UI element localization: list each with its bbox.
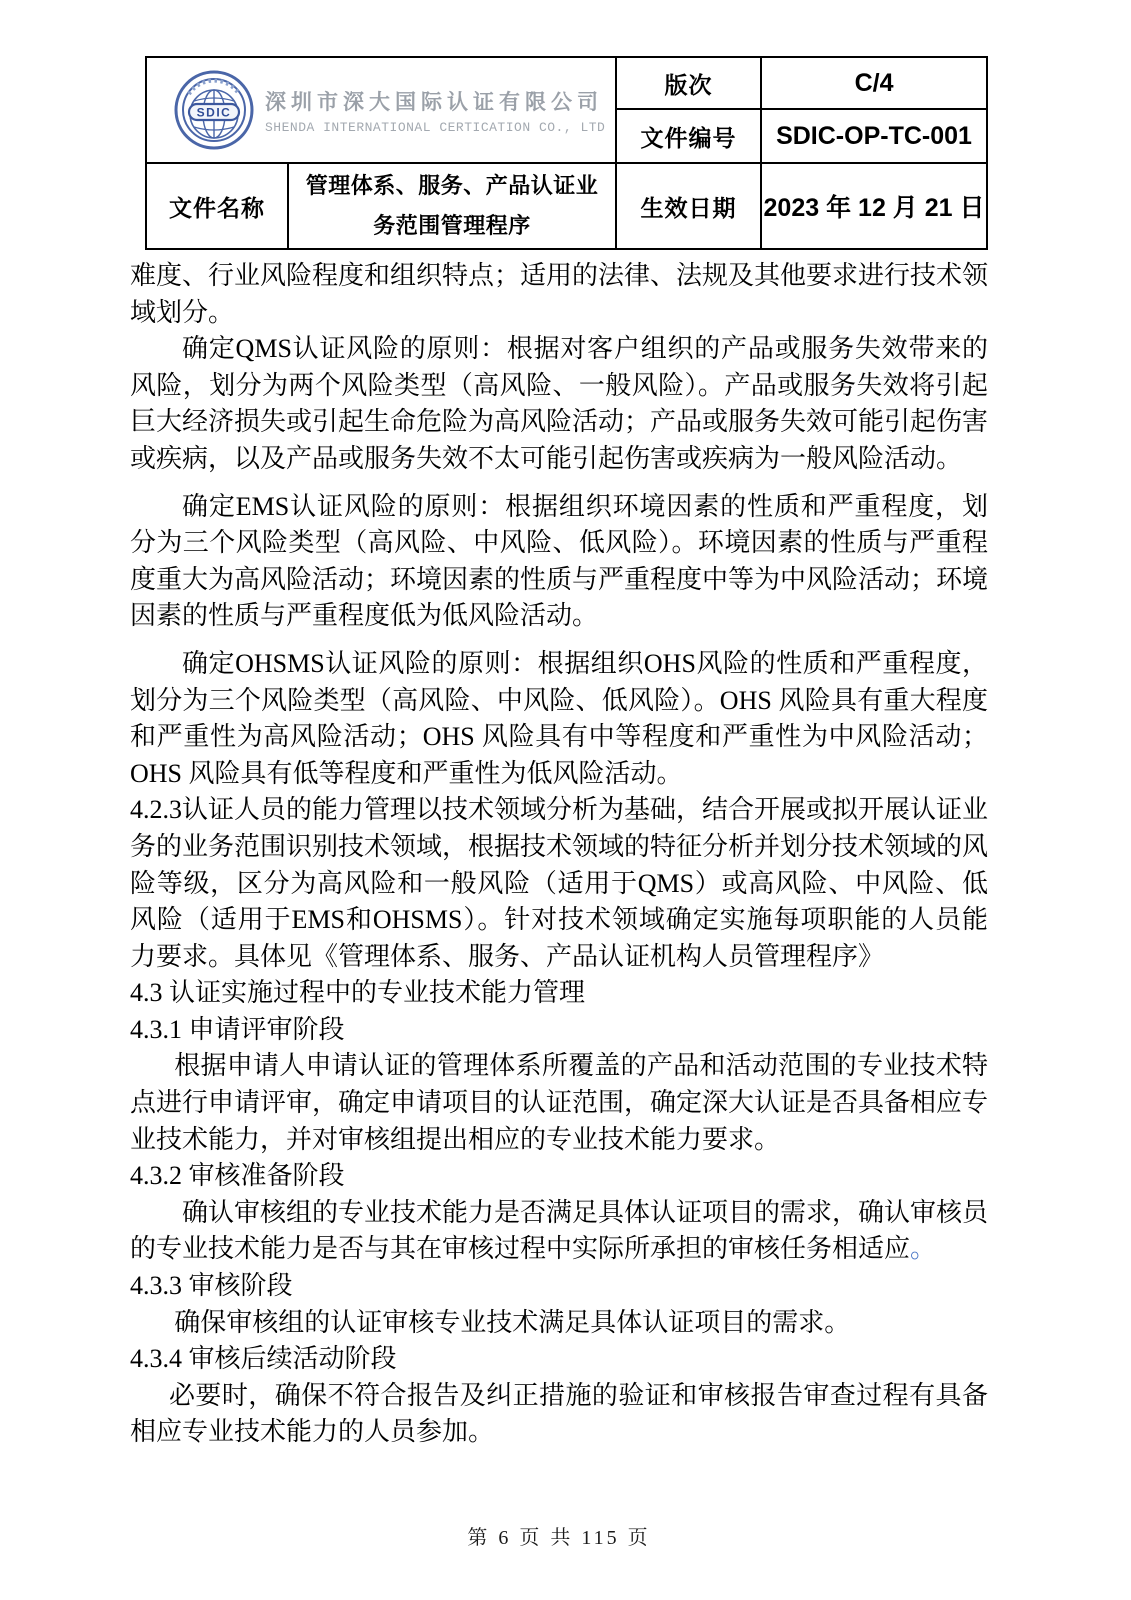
effective-date-label: 生效日期 [616, 163, 761, 249]
paragraph-text: 必要时，确保不符合报告及纠正措施的验证和审核报告审查过程有具备相应专业技术能力的… [130, 1381, 988, 1447]
document-page: SDIC 深圳市深大国际认证有限公司 SHENDA INTERNATIONAL … [0, 0, 1131, 1600]
paragraph-text: 4.3.1 申请评审阶段 [130, 1015, 345, 1044]
paragraph-text: 4.3.4 审核后续活动阶段 [130, 1344, 397, 1373]
para-4-3-2: 确认审核组的专业技术能力是否满足具体认证项目的需求，确认审核员的专业技术能力是否… [130, 1195, 988, 1268]
para-continuation: 难度、行业风险程度和组织特点；适用的法律、法规及其他要求进行技术领域划分。 [130, 258, 988, 331]
doc-name-value: 管理体系、服务、产品认证业务范围管理程序 [288, 163, 616, 249]
paragraph-text: 确认审核组的专业技术能力是否满足具体认证项目的需求，确认审核员的专业技术能力是否… [130, 1198, 988, 1264]
para-4-3-4: 必要时，确保不符合报告及纠正措施的验证和审核报告审查过程有具备相应专业技术能力的… [130, 1378, 988, 1451]
header-table: SDIC 深圳市深大国际认证有限公司 SHENDA INTERNATIONAL … [145, 56, 988, 250]
paragraph-text: 确定QMS认证风险的原则：根据对客户组织的产品或服务失效带来的风险，划分为两个风… [130, 334, 988, 473]
effective-date-value: 2023 年 12 月 21 日 [761, 163, 987, 249]
paragraph-text: 4.3 认证实施过程中的专业技术能力管理 [130, 978, 585, 1007]
svg-text:SDIC: SDIC [197, 106, 232, 120]
version-value: C/4 [761, 57, 987, 109]
document-body: 难度、行业风险程度和组织特点；适用的法律、法规及其他要求进行技术领域划分。确定Q… [130, 258, 988, 1451]
para-4-3-1: 根据申请人申请认证的管理体系所覆盖的产品和活动范围的专业技术特点进行申请评审，确… [130, 1048, 988, 1158]
para-ohsms-risk: 确定OHSMS认证风险的原则：根据组织OHS风险的性质和严重程度，划分为三个风险… [130, 646, 988, 792]
paragraph-text: 难度、行业风险程度和组织特点；适用的法律、法规及其他要求进行技术领域划分。 [130, 261, 988, 327]
para-qms-risk: 确定QMS认证风险的原则：根据对客户组织的产品或服务失效带来的风险，划分为两个风… [130, 331, 988, 477]
blue-period-mark: 。 [910, 1234, 936, 1263]
para-4-3-3: 确保审核组的认证审核专业技术满足具体认证项目的需求。 [130, 1305, 988, 1342]
company-header-cell: SDIC 深圳市深大国际认证有限公司 SHENDA INTERNATIONAL … [146, 57, 616, 163]
company-names: 深圳市深大国际认证有限公司 SHENDA INTERNATIONAL CERTI… [265, 86, 605, 135]
paragraph-text: 4.3.2 审核准备阶段 [130, 1161, 345, 1190]
page-number: 第 6 页 共 115 页 [467, 1527, 650, 1549]
paragraph-text: 确保审核组的认证审核专业技术满足具体认证项目的需求。 [174, 1308, 850, 1337]
company-name-en: SHENDA INTERNATIONAL CERTICATION CO., LT… [265, 120, 605, 135]
doc-number-label: 文件编号 [616, 109, 761, 163]
page-footer: 第 6 页 共 115 页 [130, 1521, 988, 1550]
doc-number-value: SDIC-OP-TC-001 [761, 109, 987, 163]
heading-4-3: 4.3 认证实施过程中的专业技术能力管理 [130, 975, 988, 1012]
heading-4-3-3: 4.3.3 审核阶段 [130, 1268, 988, 1305]
version-label: 版次 [616, 57, 761, 109]
paragraph-text: 4.3.3 审核阶段 [130, 1271, 293, 1300]
paragraph-text: 4.2.3认证人员的能力管理以技术领域分析为基础，结合开展或拟开展认证业务的业务… [130, 795, 988, 970]
company-name-cn: 深圳市深大国际认证有限公司 [265, 86, 605, 116]
para-4-2-3: 4.2.3认证人员的能力管理以技术领域分析为基础，结合开展或拟开展认证业务的业务… [130, 792, 988, 975]
paragraph-text: 确定OHSMS认证风险的原则：根据组织OHS风险的性质和严重程度，划分为三个风险… [130, 649, 988, 788]
paragraph-text: 确定EMS认证风险的原则：根据组织环境因素的性质和严重程度，划分为三个风险类型（… [130, 492, 988, 631]
heading-4-3-4: 4.3.4 审核后续活动阶段 [130, 1341, 988, 1378]
company-identity: SDIC 深圳市深大国际认证有限公司 SHENDA INTERNATIONAL … [155, 68, 607, 152]
heading-4-3-1: 4.3.1 申请评审阶段 [130, 1012, 988, 1049]
paragraph-text: 根据申请人申请认证的管理体系所覆盖的产品和活动范围的专业技术特点进行申请评审，确… [130, 1051, 988, 1153]
company-globe-logo-icon: SDIC [173, 68, 255, 152]
heading-4-3-2: 4.3.2 审核准备阶段 [130, 1158, 988, 1195]
para-ems-risk: 确定EMS认证风险的原则：根据组织环境因素的性质和严重程度，划分为三个风险类型（… [130, 489, 988, 635]
doc-name-label: 文件名称 [146, 163, 288, 249]
